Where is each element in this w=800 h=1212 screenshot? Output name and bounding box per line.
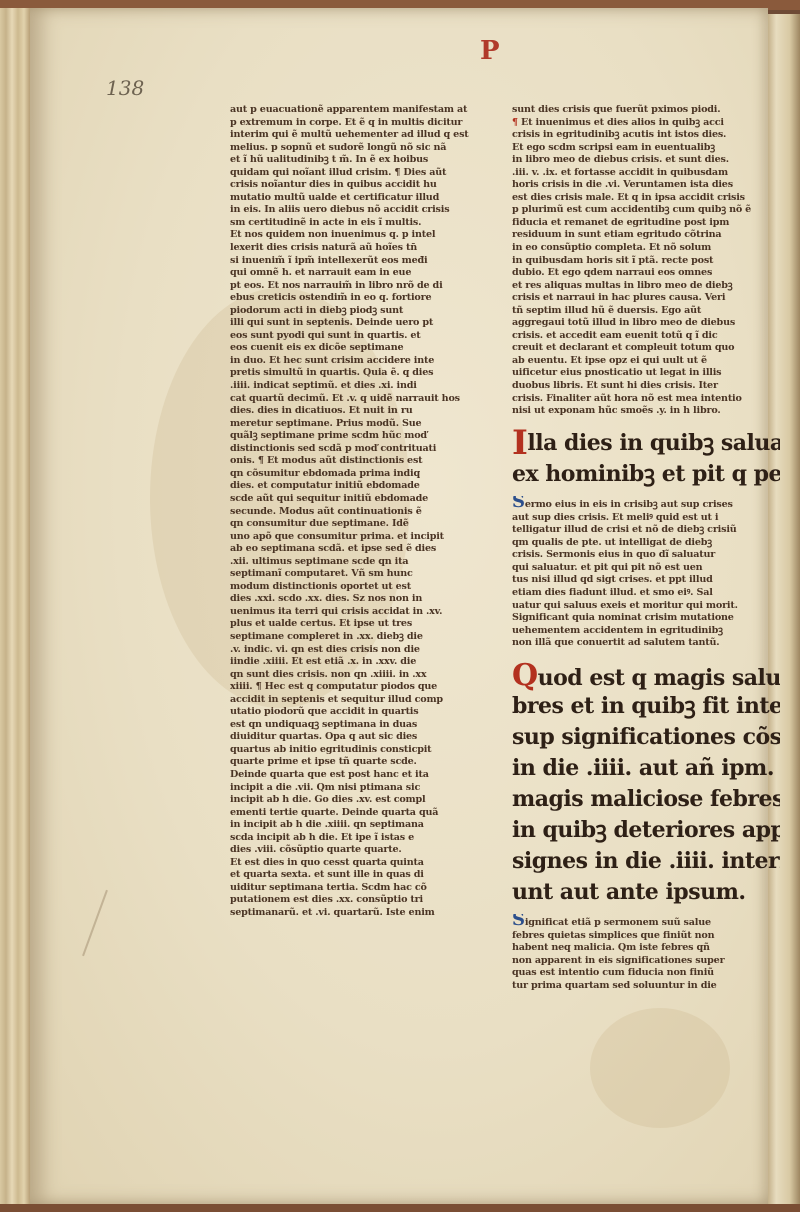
text-line: diuiditur quartas. Opa q aut sic dies xyxy=(230,731,470,744)
text-line: uificetur eius pnosticatio ut legat in i… xyxy=(512,367,780,380)
text-line: putationem est dies .xx. consũptio tri xyxy=(230,894,470,907)
text-line: illi qui sunt in septenis. Deinde uero p… xyxy=(230,317,470,330)
text-line: septimane compleret in .xx. diebꝫ die xyxy=(230,631,470,644)
text-line: in eo consũptio completa. Et nõ solum xyxy=(512,242,780,255)
text-line: quartus ab initio egritudinis consticpit xyxy=(230,744,470,757)
text-line: Significant quia nominat crisim mutation… xyxy=(512,612,780,625)
text-line: qui omnẽ h. et narrauit eam in eue xyxy=(230,267,470,280)
text-line: crisis. Finaliter aũt hora nõ est mea in… xyxy=(512,393,780,406)
text-line: dies .xxi. scdo .xx. dies. Sz nos non in xyxy=(230,593,470,606)
text-line: unt aut ante ipsum. xyxy=(512,877,780,908)
text-line: bres et in quibꝫ fit intentio xyxy=(512,691,780,722)
text-line: crisis. Sermonis eius in quo dĩ saluatur xyxy=(512,549,780,562)
text-line: dubio. Et ego qdem narraui eos omnes xyxy=(512,267,780,280)
text-line: quãlꝫ septimane prime scdm hũc moď xyxy=(230,430,470,443)
text-line: Et est dies in quo cesst quarta quinta xyxy=(230,857,470,870)
text-line: qn cõsumitur ebdomada prima indiq xyxy=(230,468,470,481)
text-line: Significat etiã p sermonem suũ salue xyxy=(512,914,780,930)
text-line: dies .viii. cõsũptio quarte quarte. xyxy=(230,844,470,857)
text-line: incipit a die .vii. Qm nisi ptimana sic xyxy=(230,782,470,795)
text-line: dies. dies in dicatiuos. Et nuit in ru xyxy=(230,405,470,418)
text-line: distinctionis sed scdã p moď contrituati xyxy=(230,443,470,456)
right-text-column: sunt dies crisis que fuerũt pximos piodi… xyxy=(512,104,780,992)
text-line: accidit in septenis et sequitur illud co… xyxy=(230,694,470,707)
text-line: uno apõ que consumitur prima. et incipit xyxy=(230,531,470,544)
text-line: iindie .xiiii. Et est etiã .x. in .xxv. … xyxy=(230,656,470,669)
page-stack-left xyxy=(0,8,30,1206)
text-line: et res aliquas multas in libro meo de di… xyxy=(512,280,780,293)
text-line: secunde. Modus aũt continuationis ẽ xyxy=(230,506,470,519)
commentary-block-top: sunt dies crisis que fuerũt pximos piodi… xyxy=(512,104,780,418)
commentary-block-2: Significat etiã p sermonem suũ saluefebr… xyxy=(512,914,780,993)
text-line: .iii. v. .ix. et fortasse accidit in qui… xyxy=(512,167,780,180)
text-line: aggregaui totũ illud in libro meo de die… xyxy=(512,317,780,330)
left-text-column: aut p euacuationẽ apparentem manifestam … xyxy=(230,104,470,920)
text-line: aut p euacuationẽ apparentem manifestam … xyxy=(230,104,470,117)
lemma-1-line-2: ex hominibꝫ et pit q perit. xyxy=(512,459,780,490)
text-line: utatio piodorũ que accidit in quartis xyxy=(230,706,470,719)
text-line: tur prima quartam sed soluuntur in die xyxy=(512,980,780,993)
text-line: modum distinctionis oportet ut est xyxy=(230,581,470,594)
text-line: tñ septim illud hũ ẽ duersis. Ego aũt xyxy=(512,305,780,318)
text-line: xiiii. ¶ Hec est q computatur piodos que xyxy=(230,681,470,694)
text-line: non apparent in eis significationes supe… xyxy=(512,955,780,968)
text-line: signes in die .iiii. interficia xyxy=(512,846,780,877)
text-line: cat quartũ decimũ. Et .v. q uidẽ narraui… xyxy=(230,393,470,406)
text-line: si inuenim̃ ĩ ipm̃ intellexerũt eos međi xyxy=(230,255,470,268)
text-line: sunt dies crisis que fuerũt pximos piodi… xyxy=(512,104,780,117)
text-line: scda incipit ab h die. Et ipe ĩ istas e xyxy=(230,832,470,845)
text-line: habent neq malicia. Qm iste febres qñ xyxy=(512,942,780,955)
text-line: incipit ab h die. Go dies .xv. est compl xyxy=(230,794,470,807)
blue-initial: S xyxy=(512,914,525,927)
text-line: sup significationes cõsumũtur xyxy=(512,722,780,753)
text-line: nisi ut exponam hũc smoẽs .y. in h libro… xyxy=(512,405,780,418)
text-line: ab eo septimana scdã. et ipse sed ẽ dies xyxy=(230,543,470,556)
text-line: duobus libris. Et sunt hi dies crisis. I… xyxy=(512,380,780,393)
text-line: pretis simultũ in quartis. Quia ẽ. q die… xyxy=(230,367,470,380)
text-line: in duo. Et hec sunt crisim accidere inte xyxy=(230,355,470,368)
text-line: etiam dies fiadunt illud. et smo eiꝰ. Sa… xyxy=(512,587,780,600)
text-line: est qn undiquaqꝫ septimana in duas xyxy=(230,719,470,732)
text-line: in eis. In aliis uero diebus nõ accidit … xyxy=(230,204,470,217)
text-line: pt eos. Et nos narrauim̃ in libro nrõ de… xyxy=(230,280,470,293)
text-line: melius. p sopnũ et sudorẽ longũ nõ sic n… xyxy=(230,142,470,155)
text-line: febres quietas simplices que finiũt non xyxy=(512,930,780,943)
parchment-stain xyxy=(590,1008,730,1128)
text-line: ab euentu. Et ipse opz ei qui uult ut ẽ xyxy=(512,355,780,368)
text-line: eos sunt pyodi qui sunt in quartis. et xyxy=(230,330,470,343)
text-line: ebus creticis ostendim̃ in eo q. fortior… xyxy=(230,292,470,305)
lemma-1-line-1: lla dies in quibꝫ saluatur xyxy=(527,430,780,456)
text-line: et quarta sexta. et sunt ille in quas di xyxy=(230,869,470,882)
text-line: eos cuenit eis ex dicõe septimane xyxy=(230,342,470,355)
text-line: in die .iiii. aut añ ipm. Et xyxy=(512,753,780,784)
text-line: quarte prime et ipse tñ quarte scde. xyxy=(230,756,470,769)
text-line: uatur qui saluus exeis et moritur qui mo… xyxy=(512,600,780,613)
paragraph-mark-icon: ¶ xyxy=(512,117,518,128)
text-line: uenimus ita terri qui crisis accidat in … xyxy=(230,606,470,619)
text-line: quas est intentio cum fiducia non finiũ xyxy=(512,967,780,980)
text-line: quidam qui noĩant illud crisim. ¶ Dies a… xyxy=(230,167,470,180)
folio-number: 138 xyxy=(106,76,144,100)
text-line: et ĩ hũ ualitudinibꝫ t m̃. In ẽ ex hoibu… xyxy=(230,154,470,167)
text-line: interim qui ẽ multũ uehementer ad illud … xyxy=(230,129,470,142)
text-line: p extremum in corpe. Et ẽ q in multis di… xyxy=(230,117,470,130)
text-line: Sermo eius in eis in crisibꝫ aut sup cri… xyxy=(512,496,780,512)
text-line: scde aũt qui sequitur initiũ ebdomade xyxy=(230,493,470,506)
red-initial-I: I xyxy=(512,429,527,457)
text-line: in quibusdam horis sit ĩ ptã. recte post xyxy=(512,255,780,268)
text-line: dies. et computatur initiũ ebdomade xyxy=(230,480,470,493)
text-line: telligatur illud de crisi et nõ de diebꝫ… xyxy=(512,524,780,537)
text-line: est dies crisis male. Et q in ipsa accid… xyxy=(512,192,780,205)
text-line: magis maliciose febres et xyxy=(512,784,780,815)
text-line: non illã que conuertit ad salutem tantũ. xyxy=(512,637,780,650)
text-line: lexerit dies crisis naturã aũ hoĩes tn̄ xyxy=(230,242,470,255)
text-line: horis crisis in die .vi. Veruntamen ista… xyxy=(512,179,780,192)
text-line: plus et ualde certus. Et ipse ut tres xyxy=(230,618,470,631)
text-line: septimanĩ computaret. Vñ sm hunc xyxy=(230,568,470,581)
text-line: p plurimũ est cum accidentibꝫ cum quibꝫ … xyxy=(512,204,780,217)
text-line: ¶ Et inuenimus et dies alios in quibꝫ ac… xyxy=(512,117,780,130)
text-line: in incipit ab h die .xiiii. qn septimana xyxy=(230,819,470,832)
page-crease xyxy=(82,890,108,956)
text-line: residuum in sunt etiam egritudo cõtrina xyxy=(512,229,780,242)
text-line: meretur septimane. Prius modũ. Sue xyxy=(230,418,470,431)
commentary-block-1: Sermo eius in eis in crisibꝫ aut sup cri… xyxy=(512,496,780,650)
manuscript-page: 138 P aut p euacuationẽ apparentem manif… xyxy=(30,8,768,1204)
red-initial-Q: Q xyxy=(512,660,538,691)
text-line: .iiii. indicat septimũ. et dies .xi. ind… xyxy=(230,380,470,393)
lemma-2-line-1: uod est q magis salue fe xyxy=(538,665,780,691)
text-line: aut sup dies crisis. Et meliꝰ quid est u… xyxy=(512,512,780,525)
book-bottom-edge xyxy=(0,1204,800,1212)
text-line: in quibꝫ deteriores apparent xyxy=(512,815,780,846)
text-line: fiducia et remanet de egritudine post ip… xyxy=(512,217,780,230)
text-line: .v. indic. vi. qn est dies crisis non di… xyxy=(230,644,470,657)
text-line: ementi tertie quarte. Deinde quarta quã xyxy=(230,807,470,820)
blue-initial: S xyxy=(512,496,525,509)
text-line: onis. ¶ Et modus aũt distinctionis est xyxy=(230,455,470,468)
running-header-letter: P xyxy=(480,36,500,66)
text-line: uiditur septimana tertia. Scdm hac cõ xyxy=(230,882,470,895)
text-line: crisis. et accedit eam euenit totũ q ĩ d… xyxy=(512,330,780,343)
lemma-heading-2: Quod est q magis salue fe bres et in qui… xyxy=(512,660,780,908)
text-line: qn consumitur due septimane. Idẽ xyxy=(230,518,470,531)
text-line: Et ego scdm scripsi eam in euentualibꝫ xyxy=(512,142,780,155)
text-line: in libro meo de diebus crisis. et sunt d… xyxy=(512,154,780,167)
text-line: sm certitudinẽ in acte in eis ĩ multis. xyxy=(230,217,470,230)
text-line: crisis et narraui in hac plures causa. V… xyxy=(512,292,780,305)
text-line: crisis in egritudinibꝫ acutis int istos … xyxy=(512,129,780,142)
text-line: Deinde quarta que est post hanc et ita xyxy=(230,769,470,782)
text-line: qui saluatur. et pit qui pit nõ est uen xyxy=(512,562,780,575)
lemma-heading-1: Illa dies in quibꝫ saluatur ex hominibꝫ … xyxy=(512,428,780,490)
text-line: Et nos quidem non inuenimus q. p intel xyxy=(230,229,470,242)
text-line: mutatio multũ ualde et certificatur illu… xyxy=(230,192,470,205)
text-line: piodorum acti in diebꝫ piodꝫ sunt xyxy=(230,305,470,318)
text-line: uehementem accidentem in egritudinibꝫ xyxy=(512,625,780,638)
text-line: tus nisi illud qd sigt crises. et ppt il… xyxy=(512,574,780,587)
text-line: crisis noĩantur dies in quibus accidit h… xyxy=(230,179,470,192)
text-line: .xii. ultimus septimane scde qn ita xyxy=(230,556,470,569)
text-line: septimanarũ. et .vi. quartarũ. Iste enim xyxy=(230,907,470,920)
text-line: qm qualis de pte. ut intelligat de diebꝫ xyxy=(512,537,780,550)
text-line: qn sunt dies crisis. non qn .xiiii. in .… xyxy=(230,669,470,682)
text-line: creuit et declarant et compleuit totum q… xyxy=(512,342,780,355)
